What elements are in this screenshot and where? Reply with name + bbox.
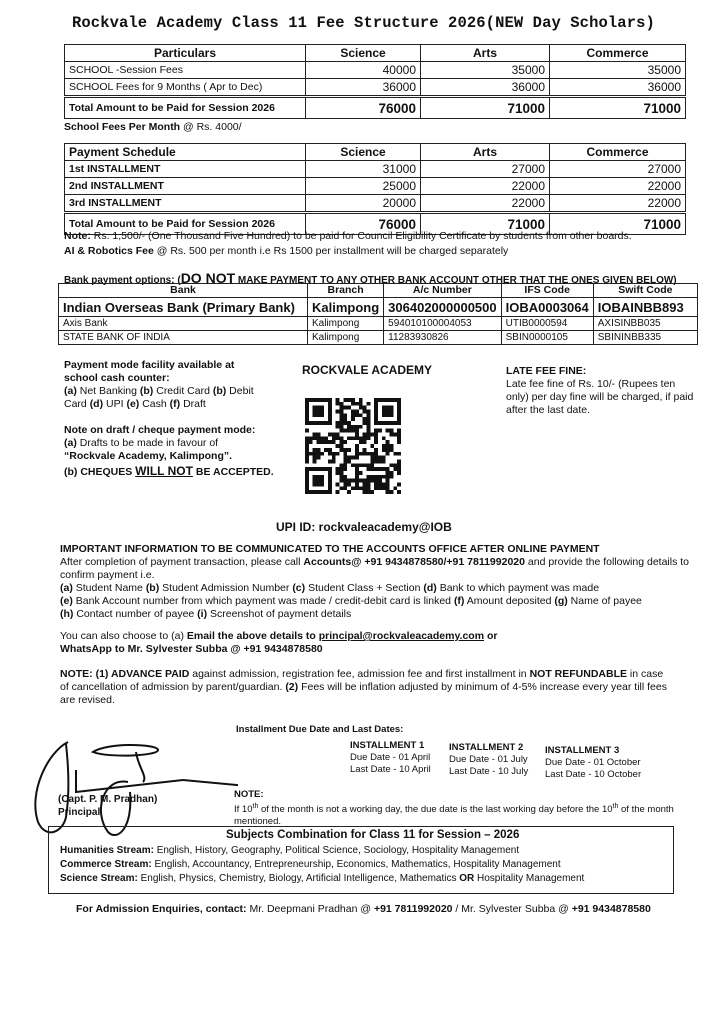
contact-label: For Admission Enquiries, contact: <box>76 903 247 915</box>
swift-code: IOBAINBB893 <box>593 298 697 317</box>
column-header: Arts <box>421 144 550 161</box>
stream-subjects: English, History, Geography, Political S… <box>154 845 519 856</box>
installment-name: INSTALLMENT 3 <box>545 745 641 757</box>
key: (i) <box>197 608 207 620</box>
draft-text: Drafts to be made in favour of <box>77 437 218 449</box>
note-label: NOTE: <box>234 789 674 801</box>
point-2: (2) <box>285 681 298 693</box>
column-header: Payment Schedule <box>65 144 306 161</box>
text: Student Class + Section <box>305 582 423 594</box>
stream-name: Science Stream: <box>60 873 138 884</box>
row-label: SCHOOL -Session Fees <box>65 62 306 79</box>
row-label: SCHOOL Fees for 9 Months ( Apr to Dec) <box>65 79 306 97</box>
text-a: If 10 <box>234 804 253 815</box>
account-number: 11283930826 <box>384 331 501 345</box>
option-key: (f) <box>170 398 181 410</box>
key: (d) <box>423 582 436 594</box>
option-key: (e) <box>126 398 139 410</box>
intro-text: After completion of payment transaction,… <box>60 556 303 568</box>
principal-email-link[interactable]: principal@rockvaleacademy.com <box>319 630 484 642</box>
last-date: Last Date - 10 April <box>350 764 431 776</box>
fee-structure-table: Particulars Science Arts Commerce SCHOOL… <box>64 44 686 119</box>
ai-robotics-note: AI & Robotics Fee @ Rs. 500 per month i.… <box>64 245 508 257</box>
refund-text: against admission, registration fee, adm… <box>189 668 529 680</box>
arts-value: 35000 <box>421 62 550 79</box>
stream-name: Commerce Stream: <box>60 859 152 870</box>
details-line-2: (e) Bank Account number from which payme… <box>60 595 720 608</box>
commerce-total: 71000 <box>550 97 686 119</box>
admission-contact: For Admission Enquiries, contact: Mr. De… <box>76 903 651 915</box>
installment-3: INSTALLMENT 3 Due Date - 01 October Last… <box>545 745 641 781</box>
column-header: Branch <box>308 284 384 298</box>
ai-fee-text: @ Rs. 500 per month i.e Rs 1500 per inst… <box>154 245 508 257</box>
payment-mode-section: Payment mode facility available at schoo… <box>64 359 274 479</box>
option-text: Draft <box>180 398 206 410</box>
text: Contact number of payee <box>73 608 197 620</box>
text: Student Name <box>73 582 146 594</box>
branch: Kalimpong <box>308 298 384 317</box>
refund-note: NOTE: (1) ADVANCE PAID against admission… <box>60 668 670 707</box>
last-date: Last Date - 10 October <box>545 769 641 781</box>
subjects-heading: Subjects Combination for Class 11 for Se… <box>226 829 519 841</box>
ifsc-code: SBIN0000105 <box>501 331 593 345</box>
note-text: Rs. 1,500/- (One Thousand Five Hundred) … <box>91 230 632 242</box>
important-heading: IMPORTANT INFORMATION TO BE COMMUNICATED… <box>60 543 720 556</box>
note-label: Note: <box>64 230 91 242</box>
or-word: OR <box>459 873 474 884</box>
commerce-value: 22000 <box>550 195 686 213</box>
refund-label: NOTE: (1) ADVANCE PAID <box>60 668 189 680</box>
payment-schedule-table: Payment Schedule Science Arts Commerce 1… <box>64 143 686 235</box>
table-header-row: Payment Schedule Science Arts Commerce <box>65 144 686 161</box>
cheque-tail: BE ACCEPTED. <box>193 466 274 478</box>
arts-total: 71000 <box>421 97 550 119</box>
draft-key: (a) <box>64 437 77 449</box>
last-date: Last Date - 10 July <box>449 766 528 778</box>
bank-name: Indian Overseas Bank (Primary Bank) <box>59 298 308 317</box>
late-fee-section: LATE FEE FINE: Late fee fine of Rs. 10/-… <box>506 365 696 417</box>
table-row: Axis Bank Kalimpong 594010100004053 UTIB… <box>59 317 698 331</box>
email-pre: You can also choose to (a) <box>60 630 187 642</box>
contact-phone-1[interactable]: +91 7811992020 <box>374 903 453 915</box>
total-row: Total Amount to be Paid for Session 2026… <box>65 97 686 119</box>
column-header: Particulars <box>65 45 306 62</box>
contact-phone-2[interactable]: +91 9434878580 <box>572 903 651 915</box>
email-or: or <box>484 630 497 642</box>
science-value: 40000 <box>306 62 421 79</box>
option-key: (b) <box>213 385 226 397</box>
qr-heading: ROCKVALE ACADEMY <box>302 363 432 377</box>
late-fee-heading: LATE FEE FINE: <box>506 365 696 378</box>
commerce-value: 35000 <box>550 62 686 79</box>
column-header: Commerce <box>550 45 686 62</box>
monthly-fee-value: @ Rs. 4000/ <box>180 121 241 133</box>
stream-name: Humanities Stream: <box>60 845 154 856</box>
stream-subjects: English, Physics, Chemistry, Biology, Ar… <box>138 873 459 884</box>
row-label: 2nd INSTALLMENT <box>65 178 306 195</box>
contact-person-1: Mr. Deepmani Pradhan @ <box>247 903 374 915</box>
draft-note-heading: Note on draft / cheque payment mode: <box>64 424 274 437</box>
important-intro: After completion of payment transaction,… <box>60 556 720 582</box>
table-header-row: Particulars Science Arts Commerce <box>65 45 686 62</box>
stream-subjects-tail: Hospitality Management <box>474 873 584 884</box>
qr-code-icon <box>305 398 401 494</box>
account-number: 594010100004053 <box>384 317 501 331</box>
streams-list: Humanities Stream: English, History, Geo… <box>60 844 584 886</box>
installment-name: INSTALLMENT 1 <box>350 740 431 752</box>
contact-person-2: / Mr. Sylvester Subba @ <box>453 903 572 915</box>
due-date: Due Date - 01 July <box>449 754 528 766</box>
late-fee-text: Late fee fine of Rs. 10/- (Rupees ten on… <box>506 378 696 417</box>
science-value: 25000 <box>306 178 421 195</box>
signatory-name: (Capt. P. M. Pradhan) <box>58 793 157 806</box>
column-header: A/c Number <box>384 284 501 298</box>
text: Student Admission Number <box>159 582 292 594</box>
accounts-phone: Accounts@ +91 9434878580/+91 7811992020 <box>303 556 525 568</box>
option-text: Credit Card <box>153 385 213 397</box>
key: (h) <box>60 608 73 620</box>
signatory: (Capt. P. M. Pradhan) Principal <box>58 793 157 819</box>
payment-mode-options: (a) Net Banking (b) Credit Card (b) Debi… <box>64 385 274 411</box>
branch: Kalimpong <box>308 317 384 331</box>
table-row: STATE BANK OF INDIA Kalimpong 1128393082… <box>59 331 698 345</box>
draft-note-a: (a) Drafts to be made in favour of <box>64 437 274 450</box>
science-value: 36000 <box>306 79 421 97</box>
column-header: Commerce <box>550 144 686 161</box>
swift-code: AXISINBB035 <box>593 317 697 331</box>
upi-qr-code[interactable] <box>305 398 401 494</box>
commerce-value: 27000 <box>550 161 686 178</box>
eligibility-note: Note: Rs. 1,500/- (One Thousand Five Hun… <box>64 230 632 242</box>
column-header: Science <box>306 45 421 62</box>
column-header: Science <box>306 144 421 161</box>
installment-dates-heading: Installment Due Date and Last Dates: <box>236 724 403 735</box>
row-label: Total Amount to be Paid for Session 2026 <box>65 97 306 119</box>
branch: Kalimpong <box>308 331 384 345</box>
installment-2: INSTALLMENT 2 Due Date - 01 July Last Da… <box>449 742 528 778</box>
option-key: (a) <box>64 385 77 397</box>
ifsc-code: IOBA0003064 <box>501 298 593 317</box>
arts-value: 27000 <box>421 161 550 178</box>
text: Name of payee <box>568 595 642 607</box>
option-text: Cash <box>139 398 169 410</box>
ai-fee-label: AI & Robotics Fee <box>64 245 154 257</box>
science-total: 76000 <box>306 97 421 119</box>
bank-name: Axis Bank <box>59 317 308 331</box>
payment-mode-heading: Payment mode facility available at <box>64 359 274 372</box>
swift-code: SBININBB335 <box>593 331 697 345</box>
installment-name: INSTALLMENT 2 <box>449 742 528 754</box>
stream-science: Science Stream: English, Physics, Chemis… <box>60 872 584 886</box>
column-header: Arts <box>421 45 550 62</box>
not-refundable: NOT REFUNDABLE <box>530 668 627 680</box>
monthly-fee-label: School Fees Per Month <box>64 121 180 133</box>
column-header: Bank <box>59 284 308 298</box>
table-row: 2nd INSTALLMENT 25000 22000 22000 <box>65 178 686 195</box>
arts-value: 22000 <box>421 178 550 195</box>
will-not-emphasis: WILL NOT <box>135 464 193 478</box>
science-value: 20000 <box>306 195 421 213</box>
draft-payee-name: “Rockvale Academy, Kalimpong”. <box>64 450 274 463</box>
text-b: of the month is not a working day, the d… <box>258 804 612 815</box>
details-line-1: (a) Student Name (b) Student Admission N… <box>60 582 720 595</box>
ifsc-code: UTIB0000594 <box>501 317 593 331</box>
payment-mode-heading-2: school cash counter: <box>64 372 274 385</box>
key: (f) <box>454 595 465 607</box>
commerce-value: 22000 <box>550 178 686 195</box>
option-text: UPI <box>103 398 126 410</box>
text: Amount deposited <box>464 595 554 607</box>
table-row: Indian Overseas Bank (Primary Bank) Kali… <box>59 298 698 317</box>
important-info-section: IMPORTANT INFORMATION TO BE COMMUNICATED… <box>60 543 720 656</box>
arts-value: 22000 <box>421 195 550 213</box>
monthly-fee-note: School Fees Per Month @ Rs. 4000/ <box>64 121 242 133</box>
text: Screenshot of payment details <box>207 608 351 620</box>
stream-humanities: Humanities Stream: English, History, Geo… <box>60 844 584 858</box>
account-number: 306402000000500 <box>384 298 501 317</box>
column-header: Swift Code <box>593 284 697 298</box>
key: (e) <box>60 595 73 607</box>
installment-1: INSTALLMENT 1 Due Date - 01 April Last D… <box>350 740 431 776</box>
working-day-text: If 10th of the month is not a working da… <box>234 801 674 828</box>
key: (a) <box>60 582 73 594</box>
table-row: SCHOOL Fees for 9 Months ( Apr to Dec) 3… <box>65 79 686 97</box>
principal-signature-icon <box>8 722 238 842</box>
cheque-key: (b) CHEQUES <box>64 466 135 478</box>
table-header-row: Bank Branch A/c Number IFS Code Swift Co… <box>59 284 698 298</box>
commerce-value: 36000 <box>550 79 686 97</box>
science-value: 31000 <box>306 161 421 178</box>
cheque-note: (b) CHEQUES WILL NOT BE ACCEPTED. <box>64 465 274 479</box>
stream-commerce: Commerce Stream: English, Accountancy, E… <box>60 858 584 872</box>
due-date: Due Date - 01 October <box>545 757 641 769</box>
bank-accounts-table: Bank Branch A/c Number IFS Code Swift Co… <box>58 283 698 345</box>
row-label: 3rd INSTALLMENT <box>65 195 306 213</box>
due-date: Due Date - 01 April <box>350 752 431 764</box>
page-title: Rockvale Academy Class 11 Fee Structure … <box>72 14 655 32</box>
email-bold: Email the above details to <box>187 630 319 642</box>
upi-id[interactable]: UPI ID: rockvaleacademy@IOB <box>276 520 452 534</box>
key: (b) <box>146 582 159 594</box>
key: (c) <box>292 582 305 594</box>
working-day-note: NOTE: If 10th of the month is not a work… <box>234 789 674 828</box>
column-header: IFS Code <box>501 284 593 298</box>
table-row: 3rd INSTALLMENT 20000 22000 22000 <box>65 195 686 213</box>
details-line-3: (h) Contact number of payee (i) Screensh… <box>60 608 720 621</box>
option-key: (b) <box>140 385 153 397</box>
signatory-role: Principal <box>58 806 157 819</box>
option-key: (d) <box>90 398 103 410</box>
key: (g) <box>554 595 567 607</box>
arts-value: 36000 <box>421 79 550 97</box>
table-row: 1st INSTALLMENT 31000 27000 27000 <box>65 161 686 178</box>
whatsapp-contact: WhatsApp to Mr. Sylvester Subba @ +91 94… <box>60 643 720 656</box>
table-row: SCHOOL -Session Fees 40000 35000 35000 <box>65 62 686 79</box>
stream-subjects: English, Accountancy, Entrepreneurship, … <box>152 859 561 870</box>
text: Bank to which payment was made <box>437 582 599 594</box>
text: Bank Account number from which payment w… <box>73 595 454 607</box>
row-label: 1st INSTALLMENT <box>65 161 306 178</box>
bank-name: STATE BANK OF INDIA <box>59 331 308 345</box>
email-option: You can also choose to (a) Email the abo… <box>60 630 720 643</box>
option-text: Net Banking <box>77 385 140 397</box>
